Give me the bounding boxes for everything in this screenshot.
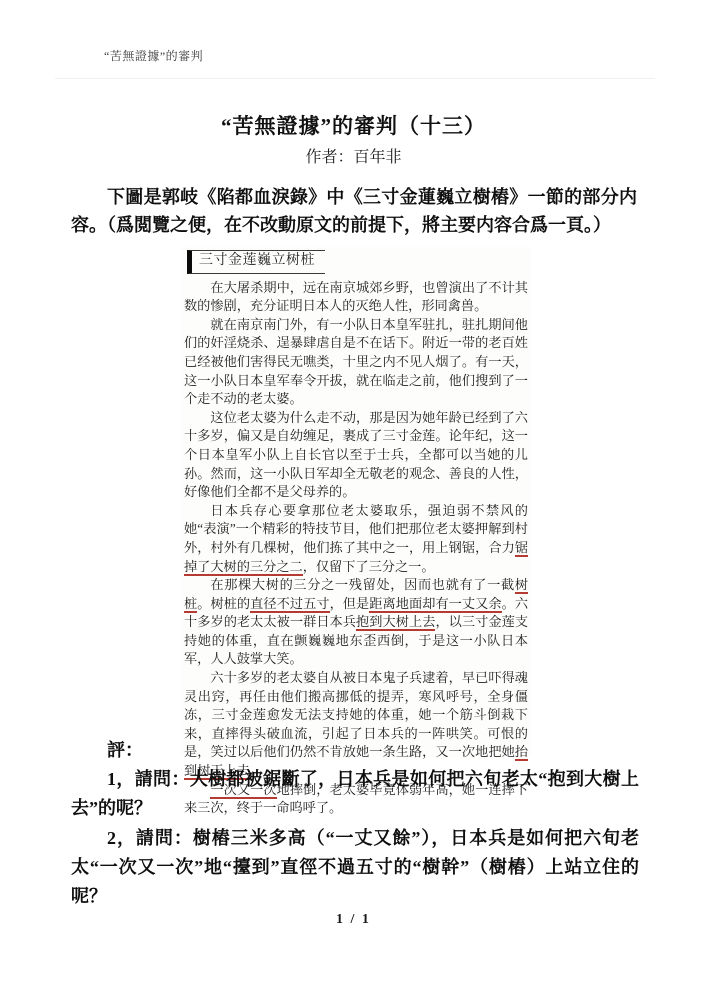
question-1: 1，請問：大樹都被鋸斷了，日本兵是如何把六旬老太“抱到大樹上去”的呢？ [71,765,639,823]
comment-label: 評： [71,736,639,765]
red-underlined-phrase: 抱到大树上去 [356,614,435,631]
scan-paragraph-3: 这位老太婆为什么走不动，那是因为她年龄已经到了六十多岁，偏又是自幼缠足，裹成了三… [181,409,531,502]
comment-section: 評： 1，請問：大樹都被鋸斷了，日本兵是如何把六旬老太“抱到大樹上去”的呢？ 2… [71,736,639,911]
intro-paragraph: 下圖是郭岐《陷都血淚錄》中《三寸金蓮巍立樹樁》一節的部分内容。（爲閲覽之便，在不… [71,183,637,239]
page-number: 1 / 1 [0,912,707,928]
scanned-excerpt-image: 三寸金莲巍立树桩 在大屠杀期中，远在南京城郊乡野，也曾演出了不计其数的惨剧，充分… [181,247,531,757]
page-title: “苦無證據”的審判（十三） [0,110,707,140]
red-underlined-phrase: 距离地面却有一丈又余 [369,596,501,613]
page-header: “苦無證據”的審判 [104,47,203,64]
author-line: 作者：百年非 [0,144,707,167]
scan-paragraph-1: 在大屠杀期中，远在南京城郊乡野，也曾演出了不计其数的惨剧，充分证明日本人的灭绝人… [181,279,531,316]
question-2: 2，請問：樹樁三米多高（“一丈又餘”），日本兵是如何把六旬老太“一次又一次”地“… [71,824,639,912]
document-page: “苦無證據”的審判 “苦無證據”的審判（十三） 作者：百年非 下圖是郭岐《陷都血… [0,0,707,1000]
scan-text: 在那棵大树的三分之一残留处，因而也就有了一截 [210,577,514,592]
scan-text: 。树桩的 [197,596,250,611]
scan-paragraph-4: 日本兵存心要拿那位老太婆取乐，强迫弱不禁风的她“表演”一个精彩的特技节目，他们把… [181,502,531,576]
scan-text: 就在南京南门外，有一小队日本皇军驻扎，驻扎期间他们的奸淫烧杀、逞暴肆虐自是不在话… [184,317,528,406]
scan-title: 三寸金莲巍立树桩 [187,250,325,274]
scan-text: 这位老太婆为什么走不动，那是因为她年龄已经到了六十多岁，偏又是自幼缠足，裹成了三… [184,410,528,499]
scan-title-row: 三寸金莲巍立树桩 [181,247,531,279]
red-underlined-phrase: 直径不过五寸 [250,596,329,613]
scan-text: ，仅留下了三分之一。 [303,559,435,574]
scan-paragraph-2: 就在南京南门外，有一小队日本皇军驻扎，驻扎期间他们的奸淫烧杀、逞暴肆虐自是不在话… [181,316,531,409]
scan-text: 在大屠杀期中，远在南京城郊乡野，也曾演出了不计其数的惨剧，充分证明日本人的灭绝人… [184,280,528,314]
scan-text: 日本兵存心要拿那位老太婆取乐，强迫弱不禁风的她“表演”一个精彩的特技节目，他们把… [184,503,528,555]
header-rule [55,78,655,79]
scan-paragraph-5: 在那棵大树的三分之一残留处，因而也就有了一截树桩。树桩的直径不过五寸，但是距离地… [181,576,531,669]
scan-text: ，但是 [330,596,370,611]
